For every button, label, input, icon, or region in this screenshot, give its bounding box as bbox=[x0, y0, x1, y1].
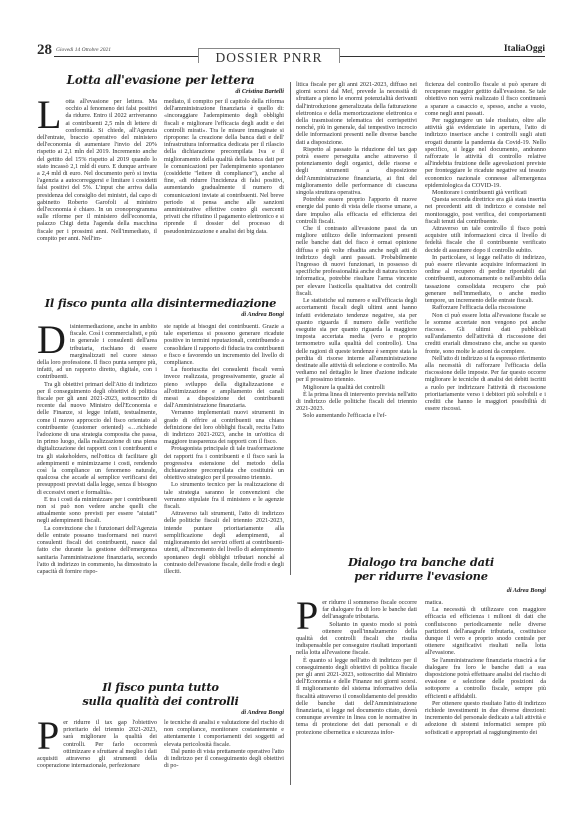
paragraph: La fuoriuscita dei consulenti fiscali ve… bbox=[164, 367, 284, 410]
headline-line-2: sulla qualità dei controlli bbox=[37, 694, 284, 708]
paragraph: le tecniche di analisi e valutazione del… bbox=[164, 720, 284, 749]
section-title: DOSSIER PNRR bbox=[198, 48, 340, 63]
paragraph: mediato, il compito per il capitolo dell… bbox=[164, 99, 284, 236]
paragraph: matica. bbox=[425, 600, 546, 607]
paragraph: Dal punto di vista prettamente operativo… bbox=[164, 749, 284, 771]
article-fisco-controlli-continued: litica fiscale per gli anni 2021-2023, d… bbox=[296, 82, 546, 421]
headline: Lotta all'evasione per lettera bbox=[37, 73, 284, 87]
paragraph: Che il contrasto all'evasione passi da u… bbox=[296, 226, 417, 298]
article-column: ste rapide ai bisogni dei contribuenti. … bbox=[164, 324, 284, 576]
paragraph: Potrebbe essere proprio l'apporto di nuo… bbox=[296, 197, 417, 226]
headline-line-1: Il fisco punta tutto bbox=[37, 680, 284, 694]
dropcap: D bbox=[37, 325, 66, 355]
paragraph: In particolare, si legge nell'atto di in… bbox=[425, 255, 546, 305]
article-column: P er ridurre il sommerso fiscale occorre… bbox=[296, 600, 417, 737]
article-dialogo-banche-dati: Dialogo tra banche dati per ridurre l'ev… bbox=[296, 555, 546, 737]
paragraph: Lo strumento tecnico per la realizzazion… bbox=[164, 482, 284, 511]
byline: di Andrea Bongi bbox=[37, 311, 284, 318]
paragraph: Nell'atto di indirizzo si fa espresso ri… bbox=[425, 356, 546, 414]
article-lotta-evasione: Lotta all'evasione per lettera di Cristi… bbox=[37, 73, 284, 243]
paragraph: litica fiscale per gli anni 2021-2023, d… bbox=[296, 82, 417, 147]
headline-line-2: per ridurre l'evasione bbox=[296, 569, 546, 583]
column-divider bbox=[290, 82, 291, 575]
headline: Il fisco punta alla disintermediazione bbox=[37, 296, 284, 310]
article-column: L otta all'evasione per lettera. Ma occh… bbox=[37, 99, 157, 243]
paragraph: ste rapide ai bisogni dei contribuenti. … bbox=[164, 324, 284, 367]
dropcap: P bbox=[296, 601, 318, 631]
paragraph: Se l'amministrazione finanziaria riuscir… bbox=[425, 658, 546, 701]
paragraph: Questa seconda direttrice era già stata … bbox=[425, 197, 546, 226]
byline: di Adrea Bongi bbox=[296, 587, 546, 594]
byline: di Andrea Bongi bbox=[37, 709, 284, 716]
issue-date: Giovedì 14 Ottobre 2021 bbox=[56, 47, 111, 53]
subheading: Monitorare i contribuenti già verificati bbox=[425, 190, 546, 197]
article-column: litica fiscale per gli anni 2021-2023, d… bbox=[296, 82, 417, 421]
article-column: D isintermediazione, anche in ambito fis… bbox=[37, 324, 157, 576]
article-column: P er ridurre il tax gap l'obiettivo prio… bbox=[37, 720, 157, 770]
page-number: 28 bbox=[37, 42, 54, 59]
headline-line-1: Dialogo tra banche dati bbox=[296, 555, 546, 569]
article-column: matica. La necessità di utilizzare con m… bbox=[425, 600, 546, 737]
paragraph: Verranno implementati nuovi strumenti in… bbox=[164, 410, 284, 446]
byline: di Cristina Bartelli bbox=[37, 88, 284, 95]
paragraph: ficienza del controllo fiscale si può sp… bbox=[425, 82, 546, 118]
paragraph: Le statistiche sul numero e sull'efficac… bbox=[296, 298, 417, 384]
brand-logo: ItaliaOggi bbox=[501, 44, 545, 54]
paragraph: Per raggiungere un tale risultato, oltre… bbox=[425, 118, 546, 190]
dropcap: L bbox=[37, 100, 61, 130]
paragraph: Protagonista principale di tale trasform… bbox=[164, 446, 284, 482]
paragraph: È quanto si legge nell'atto di indirizzo… bbox=[296, 658, 417, 737]
column-divider-lower bbox=[290, 655, 291, 785]
paragraph: E tra i costi da minimizzare per i contr… bbox=[37, 497, 157, 526]
paragraph: Non ci può essere lotta all'evasione fis… bbox=[425, 313, 546, 356]
paragraph: Attraverso un tale controllo il fisco po… bbox=[425, 226, 546, 255]
paragraph: Tra gli obiettivi primari dell'Atto di i… bbox=[37, 382, 157, 497]
masthead: 28 Giovedì 14 Ottobre 2021 DOSSIER PNRR … bbox=[37, 44, 545, 58]
paragraph: Solo aumentando l'efficacia e l'ef- bbox=[296, 413, 417, 420]
dropcap: P bbox=[37, 721, 59, 751]
paragraph: Per ottenere questo risultato l'atto di … bbox=[425, 701, 546, 737]
subheading: Migliorare la qualità dei controlli bbox=[296, 385, 417, 392]
paragraph: È la prima linea di intervento prevista … bbox=[296, 392, 417, 414]
paragraph: Rispetto al passato la riduzione del tax… bbox=[296, 147, 417, 197]
article-column: le tecniche di analisi e valutazione del… bbox=[164, 720, 284, 770]
paragraph: La convinzione che i funzionari dell'Age… bbox=[37, 526, 157, 576]
paragraph: Attraverso tali strumenti, l'atto di ind… bbox=[164, 511, 284, 576]
article-fisco-disintermediazione: Il fisco punta alla disintermediazione d… bbox=[37, 296, 284, 576]
article-column: mediato, il compito per il capitolo dell… bbox=[164, 99, 284, 243]
article-column: ficienza del controllo fiscale si può sp… bbox=[425, 82, 546, 421]
subheading: Rafforzare l'efficacia della riscossione bbox=[425, 305, 546, 312]
article-fisco-controlli: Il fisco punta tutto sulla qualità dei c… bbox=[37, 680, 284, 770]
paragraph: La necessità di utilizzare con maggiore … bbox=[425, 607, 546, 657]
